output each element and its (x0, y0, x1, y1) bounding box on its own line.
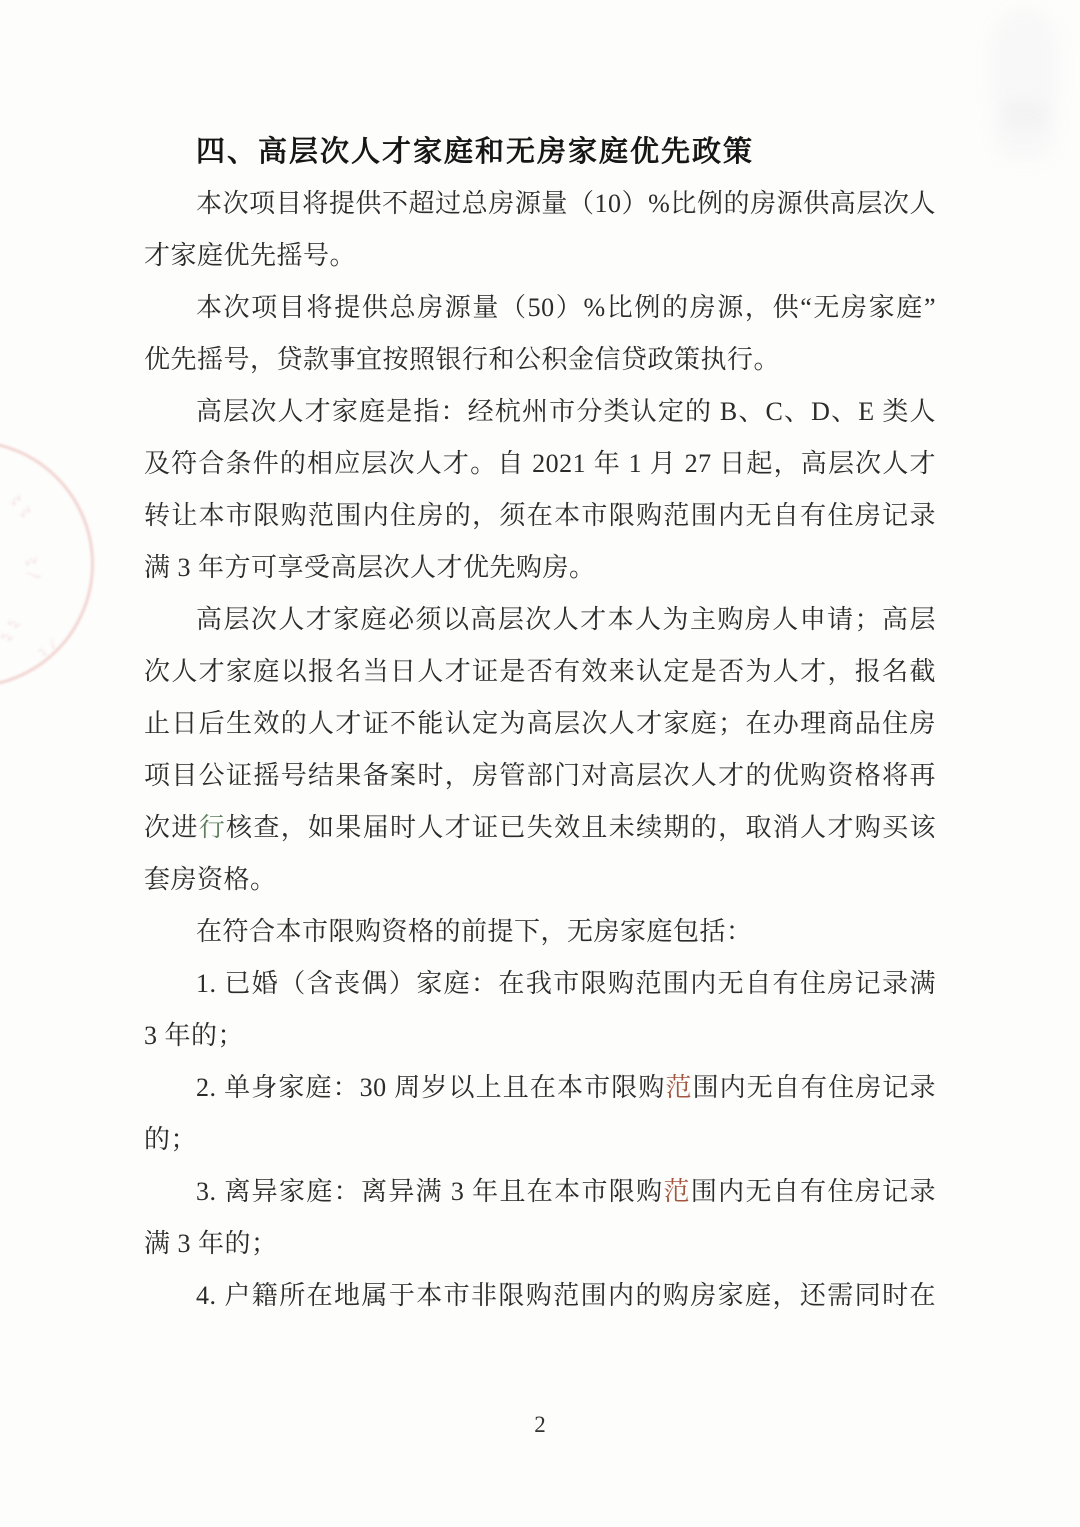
seal-mark: 〳〻 (33, 634, 62, 662)
text-line: 4. 户籍所在地属于本市非限购范围内的购房家庭，还需同时在 (144, 1270, 936, 1322)
text-line: 高层次人才家庭是指：经杭州市分类认定的 B、C、D、E 类人才 (144, 386, 936, 438)
text-line: 3. 离异家庭：离异满 3 年且在本市限购范围内无自有住房记录 (144, 1166, 936, 1218)
text-line: 止日后生效的人才证不能认定为高层次人才家庭；在办理商品住房 (144, 698, 936, 750)
text-line: 本次项目将提供不超过总房源量（10）%比例的房源供高层次人 (144, 178, 936, 230)
text-line: 转让本市限购范围内住房的，须在本市限购范围内无自有住房记录 (144, 490, 936, 542)
text-line: 3 年的； (144, 1010, 936, 1062)
text-line: 本次项目将提供总房源量（50）%比例的房源，供“无房家庭” (144, 282, 936, 334)
text-line: 次进行核查，如果届时人才证已失效且未续期的，取消人才购买该 (144, 802, 936, 854)
seal-mark: 〻〻 (3, 487, 38, 524)
text-line: 满 3 年的； (144, 1218, 936, 1270)
scan-smudge (995, 100, 1055, 160)
paragraphs: 本次项目将提供不超过总房源量（10）%比例的房源供高层次人才家庭优先摇号。本次项… (144, 178, 936, 1322)
document-body: 四、高层次人才家庭和无房家庭优先政策 本次项目将提供不超过总房源量（10）%比例… (144, 126, 936, 1322)
document-page: 〻〻 〻〳 〻〻 〳〻 四、高层次人才家庭和无房家庭优先政策 本次项目将提供不超… (0, 0, 1080, 1527)
seal-ring (0, 440, 94, 688)
text-line: 高层次人才家庭必须以高层次人才本人为主购房人申请；高层 (144, 594, 936, 646)
text-line: 的； (144, 1114, 936, 1166)
official-red-seal-partial: 〻〻 〻〳 〻〻 〳〻 (0, 440, 88, 682)
section-title: 四、高层次人才家庭和无房家庭优先政策 (144, 126, 936, 178)
text-line: 才家庭优先摇号。 (144, 230, 936, 282)
page-number: 2 (0, 1412, 1080, 1438)
text-line: 满 3 年方可享受高层次人才优先购房。 (144, 542, 936, 594)
text-line: 2. 单身家庭：30 周岁以上且在本市限购范围内无自有住房记录 (144, 1062, 936, 1114)
seal-mark: 〻〻 (0, 612, 27, 648)
seal-mark: 〻〳 (20, 552, 46, 585)
text-line: 及符合条件的相应层次人才。自 2021 年 1 月 27 日起，高层次人才 (144, 438, 936, 490)
text-line: 套房资格。 (144, 854, 936, 906)
text-line: 次人才家庭以报名当日人才证是否有效来认定是否为人才，报名截 (144, 646, 936, 698)
text-line: 项目公证摇号结果备案时，房管部门对高层次人才的优购资格将再 (144, 750, 936, 802)
text-line: 优先摇号，贷款事宜按照银行和公积金信贷政策执行。 (144, 334, 936, 386)
text-line: 1. 已婚（含丧偶）家庭：在我市限购范围内无自有住房记录满 (144, 958, 936, 1010)
text-line: 在符合本市限购资格的前提下，无房家庭包括： (144, 906, 936, 958)
